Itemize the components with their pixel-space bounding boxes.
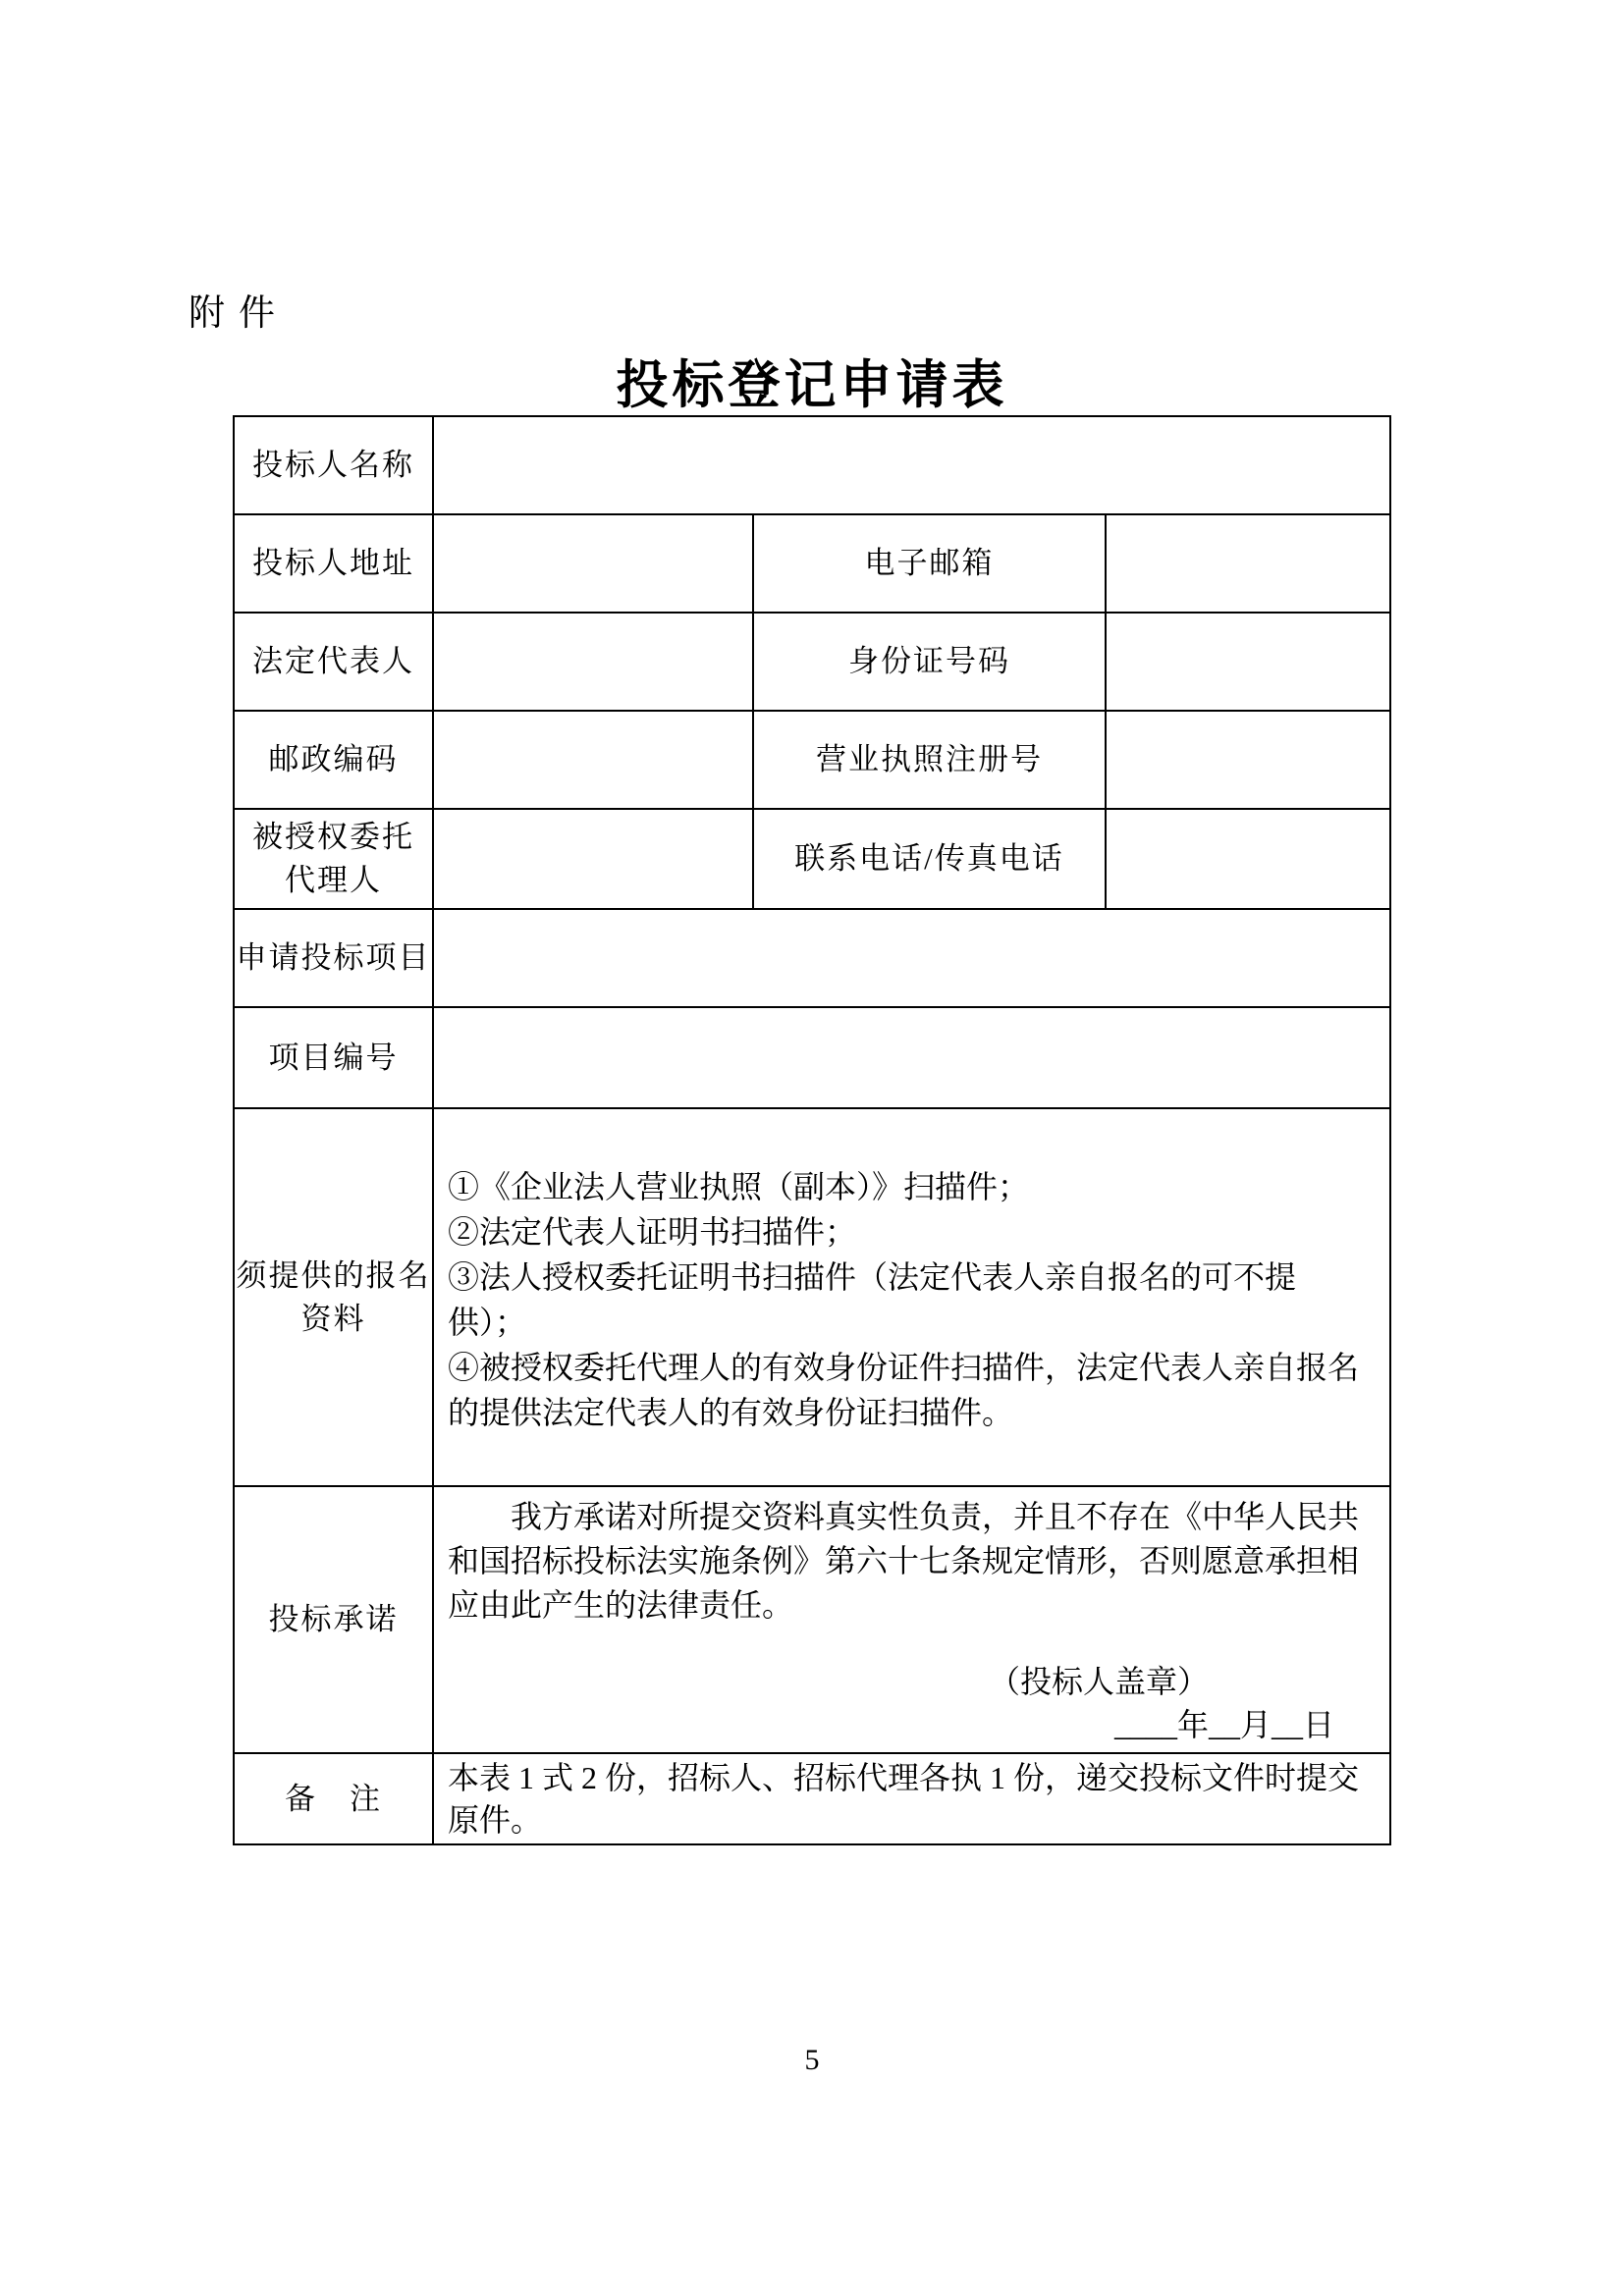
row-bidder-name: 投标人名称 [234,416,1390,514]
doc-item-2: ②法定代表人证明书扫描件； [448,1209,1374,1255]
bidder-stamp-label: （投标人盖章） [989,1660,1209,1703]
postal-code-value-cell [433,711,753,809]
doc-item-3: ③法人授权委托证明书扫描件（法定代表人亲自报名的可不提供）； [448,1255,1374,1345]
document-page: 附件 投标登记申请表 投标人名称 投标人地址 电子邮箱 法定代表人 身份证号码 … [0,0,1624,2296]
authorized-agent-value-cell [433,809,753,909]
signature-block: （投标人盖章） ____年__月__日 [989,1660,1389,1746]
page-title: 投标登记申请表 [0,344,1624,418]
doc-item-1: ①《企业法人营业执照（副本）》扫描件； [448,1164,1374,1209]
phone-fax-label: 联系电话/传真电话 [753,809,1106,909]
row-required-documents: 须提供的报名 资料 ①《企业法人营业执照（副本）》扫描件； ②法定代表人证明书扫… [234,1108,1390,1486]
id-number-label: 身份证号码 [753,613,1106,711]
business-license-label: 营业执照注册号 [753,711,1106,809]
bid-promise-cell: 我方承诺对所提交资料真实性负责，并且不存在《中华人民共和国招标投标法实施条例》第… [433,1486,1390,1753]
project-number-label: 项目编号 [234,1007,433,1108]
postal-code-label: 邮政编码 [234,711,433,809]
bid-promise-label: 投标承诺 [234,1486,433,1753]
email-value-cell [1106,514,1390,613]
authorized-agent-label: 被授权委托 代理人 [234,809,433,909]
legal-representative-label: 法定代表人 [234,613,433,711]
row-legal-representative: 法定代表人 身份证号码 [234,613,1390,711]
page-number: 5 [0,2044,1624,2077]
bidder-name-value-cell [433,416,1390,514]
row-authorized-agent: 被授权委托 代理人 联系电话/传真电话 [234,809,1390,909]
doc-item-4: ④被授权委托代理人的有效身份证件扫描件，法定代表人亲自报名的提供法定代表人的有效… [448,1345,1374,1435]
email-label: 电子邮箱 [753,514,1106,613]
bidder-address-label: 投标人地址 [234,514,433,613]
required-documents-cell: ①《企业法人营业执照（副本）》扫描件； ②法定代表人证明书扫描件； ③法人授权委… [433,1108,1390,1486]
attachment-label: 附件 [189,283,289,336]
remarks-cell: 本表 1 式 2 份，招标人、招标代理各执 1 份，递交投标文件时提交原件。 [433,1753,1390,1844]
bid-registration-form: 投标人名称 投标人地址 电子邮箱 法定代表人 身份证号码 邮政编码 营业执照注册… [233,415,1391,1845]
row-bid-promise: 投标承诺 我方承诺对所提交资料真实性负责，并且不存在《中华人民共和国招标投标法实… [234,1486,1390,1753]
date-blank-line: ____年__月__日 [989,1703,1334,1746]
project-number-value-cell [433,1007,1390,1108]
promise-text: 我方承诺对所提交资料真实性负责，并且不存在《中华人民共和国招标投标法实施条例》第… [448,1495,1374,1628]
bid-project-value-cell [433,909,1390,1007]
phone-fax-value-cell [1106,809,1390,909]
bid-project-label: 申请投标项目 [234,909,433,1007]
row-postal-code: 邮政编码 营业执照注册号 [234,711,1390,809]
legal-representative-value-cell [433,613,753,711]
bidder-name-label: 投标人名称 [234,416,433,514]
required-documents-label: 须提供的报名 资料 [234,1108,433,1486]
bidder-address-value-cell [433,514,753,613]
remarks-label: 备 注 [234,1753,433,1844]
row-project-number: 项目编号 [234,1007,1390,1108]
id-number-value-cell [1106,613,1390,711]
row-bidder-address: 投标人地址 电子邮箱 [234,514,1390,613]
row-remarks: 备 注 本表 1 式 2 份，招标人、招标代理各执 1 份，递交投标文件时提交原… [234,1753,1390,1844]
business-license-value-cell [1106,711,1390,809]
row-bid-project: 申请投标项目 [234,909,1390,1007]
